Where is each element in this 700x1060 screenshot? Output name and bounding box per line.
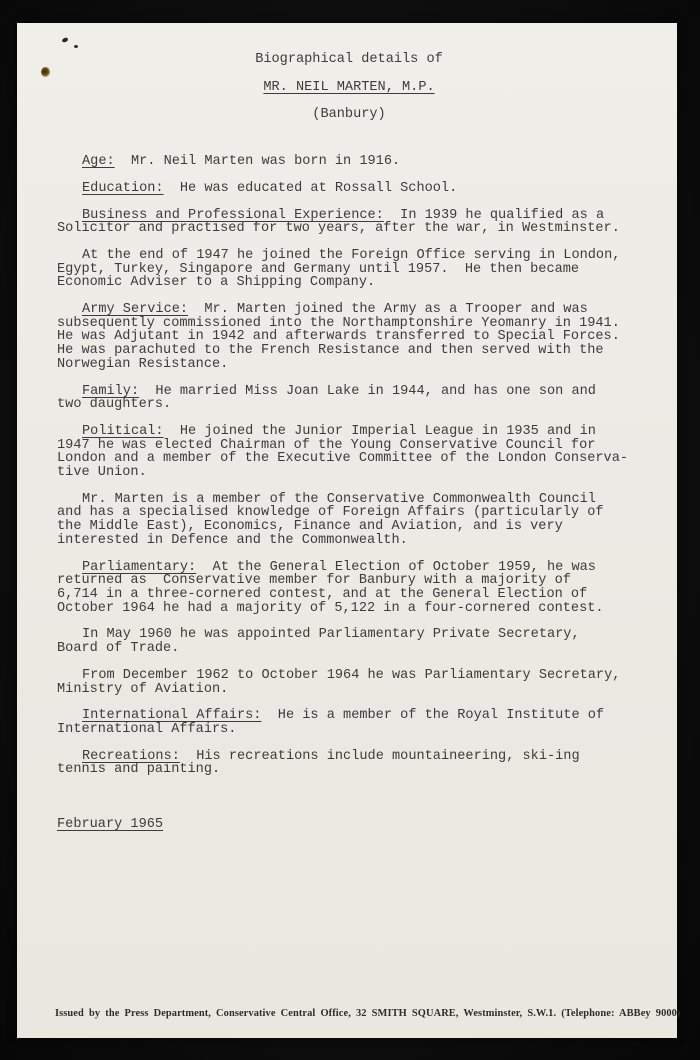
paragraph-first-line: In May 1960 he was appointed Parliamenta… — [57, 628, 641, 642]
paragraph-line: Egypt, Turkey, Singapore and Germany unt… — [57, 263, 641, 277]
paragraph-line: He was Adjutant in 1942 and afterwards t… — [57, 330, 641, 344]
paragraph: Business and Professional Experience: In… — [57, 209, 641, 236]
paragraph-line: subsequently commissioned into the North… — [57, 317, 641, 331]
paragraph: At the end of 1947 he joined the Foreign… — [57, 249, 641, 290]
paragraph-line: Economic Adviser to a Shipping Company. — [57, 276, 641, 290]
document-body: Age: Mr. Neil Marten was born in 1916.Ed… — [57, 155, 641, 777]
paragraph-line: returned as Conservative member for Banb… — [57, 574, 641, 588]
date-line: February 1965 — [57, 818, 641, 832]
paragraph-line: Ministry of Aviation. — [57, 683, 641, 697]
paragraph-first-line: From December 1962 to October 1964 he wa… — [57, 669, 641, 683]
paragraph: From December 1962 to October 1964 he wa… — [57, 669, 641, 696]
paragraph-line: tive Union. — [57, 466, 641, 480]
paragraph-first-line: Education: He was educated at Rossall Sc… — [57, 182, 641, 196]
paragraph-line: Norwegian Resistance. — [57, 358, 641, 372]
paragraph-line: and has a specialised knowledge of Forei… — [57, 506, 641, 520]
paragraph-first-line: International Affairs: He is a member of… — [57, 709, 641, 723]
document-header: Biographical details of MR. NEIL MARTEN,… — [57, 53, 641, 122]
paragraph-first-line: Political: He joined the Junior Imperial… — [57, 425, 641, 439]
document-title: Biographical details of — [57, 53, 641, 67]
paragraph: Army Service: Mr. Marten joined the Army… — [57, 303, 641, 372]
paragraph: Family: He married Miss Joan Lake in 194… — [57, 385, 641, 412]
paragraph-line: two daughters. — [57, 398, 641, 412]
paragraph-line: 1947 he was elected Chairman of the Youn… — [57, 439, 641, 453]
paragraph: Recreations: His recreations include mou… — [57, 750, 641, 777]
section-heading: Army Service: — [82, 302, 188, 317]
paragraph-first-line: Age: Mr. Neil Marten was born in 1916. — [57, 155, 641, 169]
section-heading: Education: — [82, 181, 164, 196]
imprint-footer: Issued by the Press Department, Conserva… — [55, 1008, 661, 1020]
paragraph: Parliamentary: At the General Election o… — [57, 561, 641, 616]
document-subject: MR. NEIL MARTEN, M.P. — [57, 81, 641, 95]
document-page: Biographical details of MR. NEIL MARTEN,… — [17, 23, 677, 1038]
paper-speck — [61, 37, 68, 43]
paragraph: Age: Mr. Neil Marten was born in 1916. — [57, 155, 641, 169]
paragraph-line: 6,714 in a three-cornered contest, and a… — [57, 588, 641, 602]
photo-background: Biographical details of MR. NEIL MARTEN,… — [0, 0, 700, 1060]
paragraph-line: London and a member of the Executive Com… — [57, 452, 641, 466]
paragraph-line: October 1964 he had a majority of 5,122 … — [57, 602, 641, 616]
paragraph-line: Board of Trade. — [57, 642, 641, 656]
paragraph-line: Solicitor and practised for two years, a… — [57, 222, 641, 236]
paragraph: International Affairs: He is a member of… — [57, 709, 641, 736]
paragraph-first-line: Army Service: Mr. Marten joined the Army… — [57, 303, 641, 317]
paragraph-first-line: Mr. Marten is a member of the Conservati… — [57, 493, 641, 507]
paragraph-first-line: At the end of 1947 he joined the Foreign… — [57, 249, 641, 263]
paragraph-first-line: Parliamentary: At the General Election o… — [57, 561, 641, 575]
paragraph-first-line: Recreations: His recreations include mou… — [57, 750, 641, 764]
paragraph-line: tennis and painting. — [57, 763, 641, 777]
paper-speck — [74, 45, 78, 48]
document-date: February 1965 — [57, 817, 163, 832]
paragraph-line: He was parachuted to the French Resistan… — [57, 344, 641, 358]
paragraph: Education: He was educated at Rossall Sc… — [57, 182, 641, 196]
section-heading: Age: — [82, 154, 115, 169]
paragraph-line: the Middle East), Economics, Finance and… — [57, 520, 641, 534]
paragraph-line: interested in Defence and the Commonweal… — [57, 534, 641, 548]
subject-name: MR. NEIL MARTEN, M.P. — [263, 80, 434, 95]
section-heading: International Affairs: — [82, 708, 261, 723]
paragraph-line: International Affairs. — [57, 723, 641, 737]
paragraph-first-line: Business and Professional Experience: In… — [57, 209, 641, 223]
paragraph: Political: He joined the Junior Imperial… — [57, 425, 641, 480]
paragraph: In May 1960 he was appointed Parliamenta… — [57, 628, 641, 655]
paragraph: Mr. Marten is a member of the Conservati… — [57, 493, 641, 548]
paper-stain — [41, 67, 50, 77]
paragraph-first-line: Family: He married Miss Joan Lake in 194… — [57, 385, 641, 399]
section-heading: Political: — [82, 424, 164, 439]
constituency: (Banbury) — [57, 108, 641, 122]
